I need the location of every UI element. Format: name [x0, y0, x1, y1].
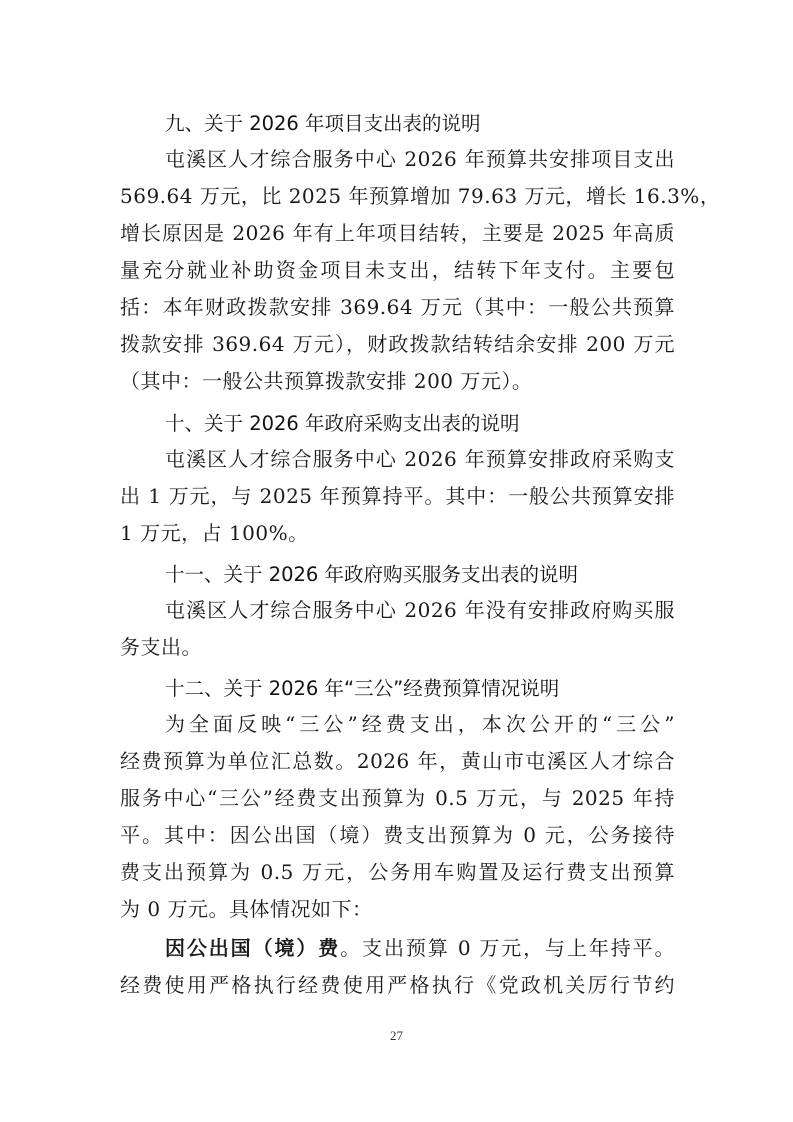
section-heading-11: 十一、关于 2026 年政府购买服务支出表的说明	[165, 561, 578, 588]
paragraph-line: 为 0 万元。具体情况如下：	[120, 896, 675, 923]
paragraph-line: 量充分就业补助资金项目未支出，结转下年支付。主要包	[120, 257, 675, 284]
document-page: 九、关于 2026 年项目支出表的说明 屯溪区人才综合服务中心 2026 年预算…	[0, 0, 793, 1122]
paragraph-line: 屯溪区人才综合服务中心 2026 年没有安排政府购买服	[165, 597, 675, 624]
paragraph-line: 括：本年财政拨款安排 369.64 万元（其中：一般公共预算	[120, 294, 675, 321]
paragraph-line: 服务中心“三公”经费支出预算为 0.5 万元，与 2025 年持	[120, 785, 675, 812]
section-heading-10: 十、关于 2026 年政府采购支出表的说明	[165, 410, 520, 437]
paragraph-line: 1 万元，占 100%。	[120, 520, 675, 547]
section-heading-9: 九、关于 2026 年项目支出表的说明	[165, 110, 481, 137]
paragraph-line: 经费使用严格执行经费使用严格执行《党政机关厉行节约	[120, 972, 675, 999]
paragraph-line: 增长原因是 2026 年有上年项目结转，主要是 2025 年高质	[120, 220, 675, 247]
paragraph-line: （其中：一般公共预算拨款安排 200 万元）。	[120, 368, 675, 395]
paragraph-line: 务支出。	[120, 634, 675, 661]
paragraph-line: 为全面反映“三公”经费支出，本次公开的“三公”	[165, 711, 675, 738]
paragraph-line: 出 1 万元，与 2025 年预算持平。其中：一般公共预算安排	[120, 483, 675, 510]
paragraph-line: 经费预算为单位汇总数。2026 年，黄山市屯溪区人才综合	[120, 748, 675, 775]
paragraph-line: 拨款安排 369.64 万元），财政拨款结转结余安排 200 万元	[120, 331, 675, 358]
subsection-label: 因公出国（境）费	[165, 936, 340, 960]
subsection-text: 。支出预算 0 万元，与上年持平。	[340, 936, 675, 960]
page-number: 27	[0, 1028, 793, 1044]
paragraph-line: 569.64 万元，比 2025 年预算增加 79.63 万元，增长 16.3%…	[120, 183, 675, 210]
paragraph-line: 平。其中：因公出国（境）费支出预算为 0 元，公务接待	[120, 822, 675, 849]
paragraph-line: 屯溪区人才综合服务中心 2026 年预算共安排项目支出	[165, 146, 675, 173]
paragraph-line: 费支出预算为 0.5 万元，公务用车购置及运行费支出预算	[120, 859, 675, 886]
section-heading-12: 十二、关于 2026 年“三公”经费预算情况说明	[165, 675, 559, 702]
paragraph-line: 屯溪区人才综合服务中心 2026 年预算安排政府采购支	[165, 446, 675, 473]
subsection-line: 因公出国（境）费。支出预算 0 万元，与上年持平。	[165, 935, 675, 962]
